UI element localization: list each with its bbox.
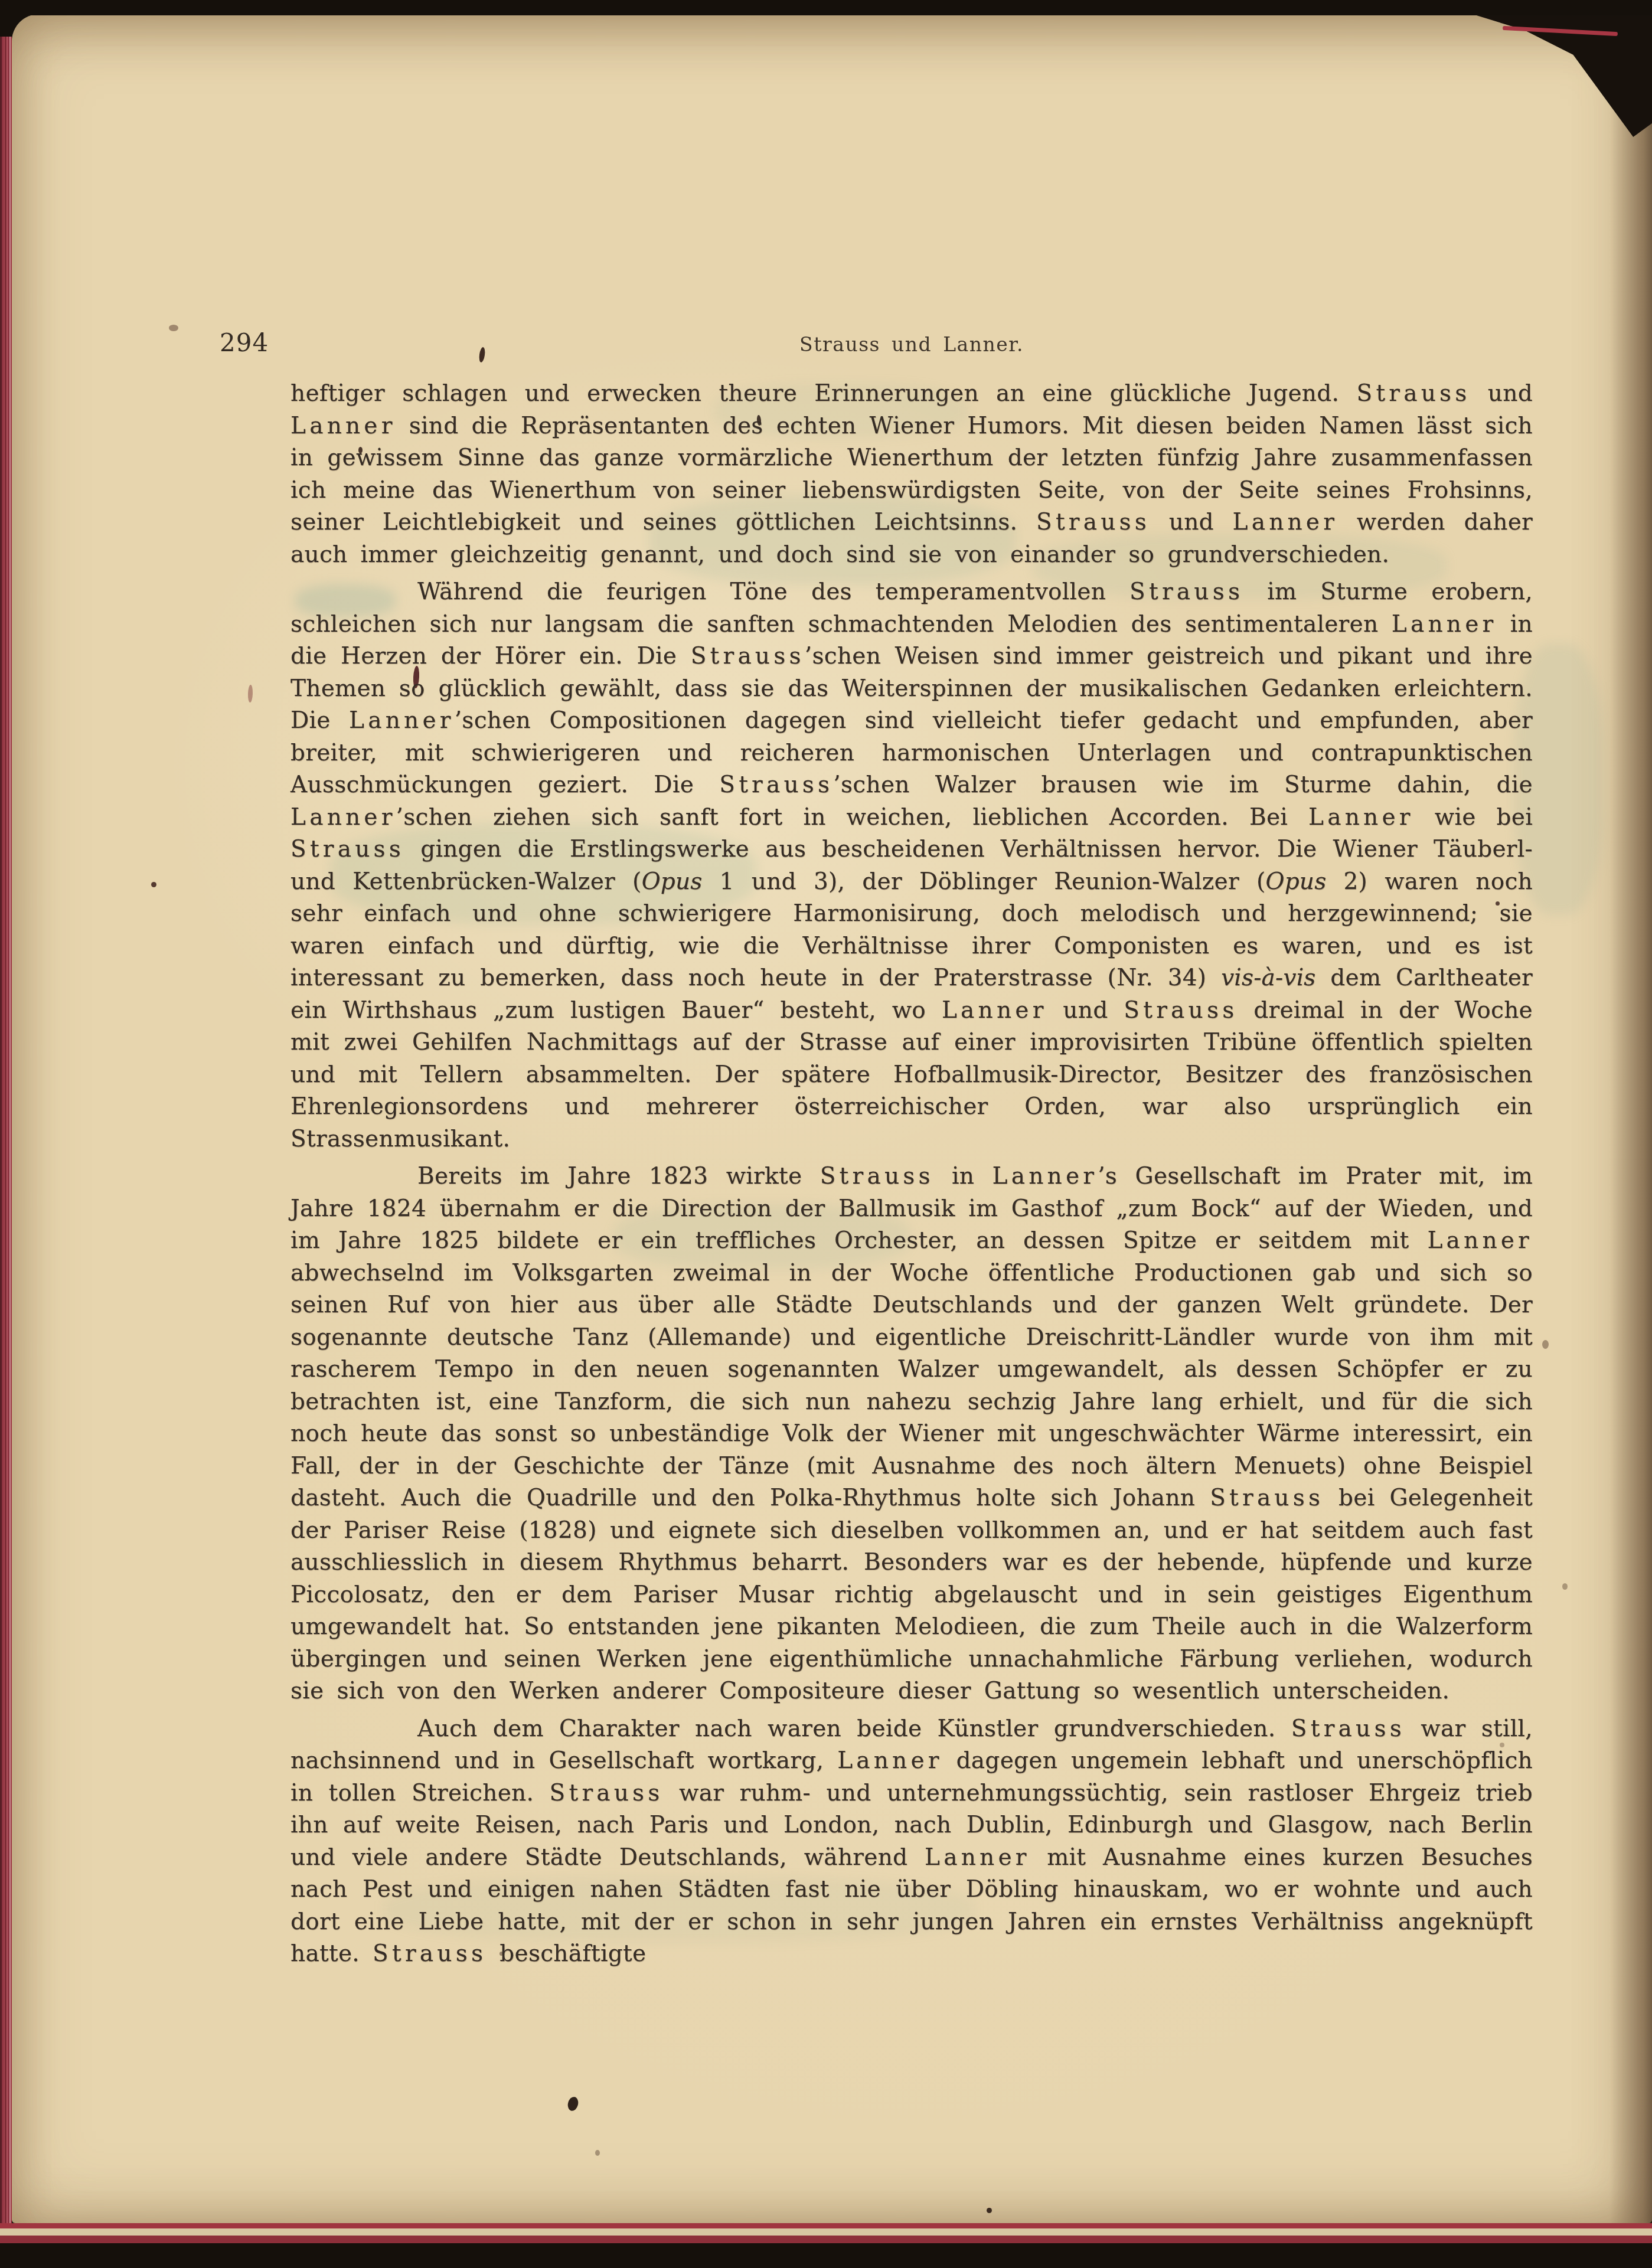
body-paragraph: Während die feurigen Töne des temperamen… bbox=[290, 576, 1533, 1155]
body-paragraph: heftiger schlagen und erwecken theure Er… bbox=[290, 378, 1533, 571]
body-paragraph: Auch dem Charakter nach waren beide Küns… bbox=[290, 1713, 1533, 1970]
page-number: 294 bbox=[220, 328, 269, 357]
book-cover-top-edge bbox=[0, 0, 1652, 15]
running-head: Strauss und Lanner. bbox=[290, 333, 1533, 356]
red-page-edges-bottom bbox=[0, 2223, 1652, 2243]
text-block: heftiger schlagen und erwecken theure Er… bbox=[290, 378, 1533, 1970]
page-gutter-shadow bbox=[1609, 89, 1652, 2225]
book-cover-bottom-edge bbox=[0, 2243, 1652, 2268]
red-page-edges-left bbox=[0, 37, 12, 2244]
body-paragraph: Bereits im Jahre 1823 wirkte Strauss in … bbox=[290, 1161, 1533, 1708]
